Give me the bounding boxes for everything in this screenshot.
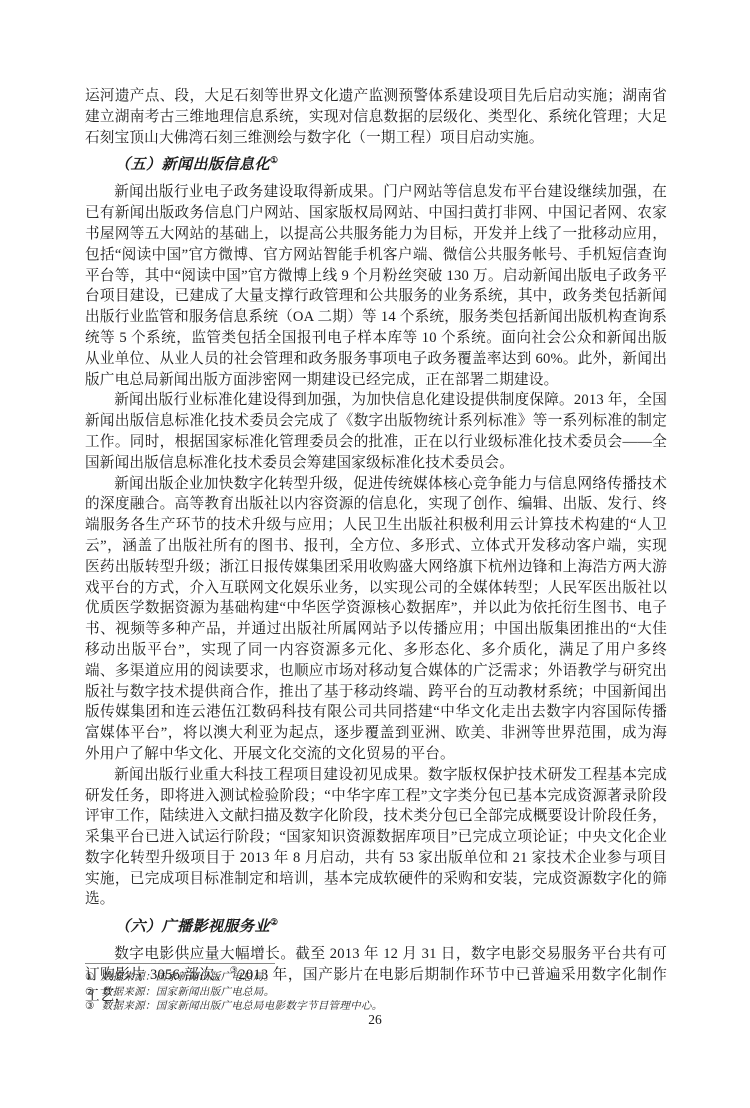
page-body: 运河遗产点、段，大足石刻等世界文化遗产监测预警体系建设项目先后启动实施；湖南省建…	[85, 86, 667, 1007]
page-number: 26	[0, 1012, 750, 1028]
footnote-item: ②数据来源：国家新闻出版广电总局。	[85, 986, 667, 1001]
paragraph-digital-transformation: 新闻出版企业加快数字化转型升级，促进传统媒体核心竞争能力与信息网络传播技术的深度…	[85, 474, 667, 765]
footnote-text: 数据来源：国家新闻出版广电总局。	[102, 972, 275, 983]
paragraph-egov: 新闻出版行业电子政务建设取得新成果。门户网站等信息发布平台建设继续加强，在已有新…	[85, 182, 667, 390]
paragraph-standardization: 新闻出版行业标准化建设得到加强，为加快信息化建设提供制度保障。2013 年，全国…	[85, 390, 667, 473]
document-page: 运河遗产点、段，大足石刻等世界文化遗产监测预警体系建设项目先后启动实施；湖南省建…	[0, 0, 750, 1108]
section-heading-5: （五）新闻出版信息化①	[85, 155, 667, 176]
section-heading-5-text: （五）新闻出版信息化	[115, 157, 270, 173]
footnote-marker: ③	[85, 1001, 95, 1012]
paragraph-major-projects: 新闻出版行业重大科技工程项目建设初见成果。数字版权保护技术研发工程基本完成研发任…	[85, 765, 667, 911]
footnote-marker: ①	[85, 972, 95, 983]
footnote-text: 数据来源：国家新闻出版广电总局电影数字节目管理中心。	[102, 1001, 383, 1012]
section-heading-6: （六）广播影视服务业②	[85, 917, 667, 938]
section-heading-6-text: （六）广播影视服务业	[115, 919, 270, 935]
footnote-text: 数据来源：国家新闻出版广电总局。	[102, 987, 275, 998]
footnote-ref-2: ②	[270, 917, 279, 927]
paragraph-continuation: 运河遗产点、段，大足石刻等世界文化遗产监测预警体系建设项目先后启动实施；湖南省建…	[85, 86, 667, 148]
footnote-divider	[85, 963, 275, 964]
footnote-area: ①数据来源：国家新闻出版广电总局。 ②数据来源：国家新闻出版广电总局。 ③数据来…	[85, 963, 667, 1015]
footnote-marker: ②	[85, 987, 95, 998]
footnote-item: ①数据来源：国家新闻出版广电总局。	[85, 971, 667, 986]
footnote-ref-1: ①	[270, 155, 279, 165]
